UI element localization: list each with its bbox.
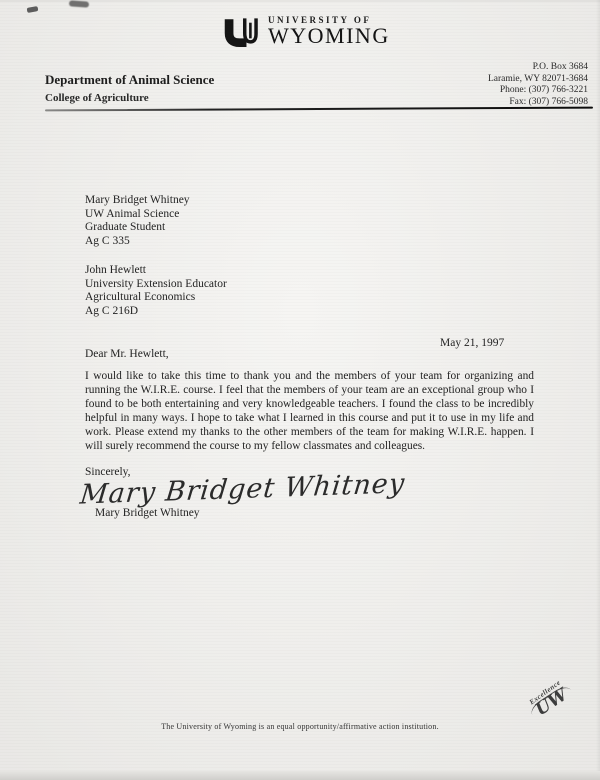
sender-room: Ag C 335 xyxy=(85,235,190,249)
scan-edge-top xyxy=(0,0,600,2)
sender-name: Mary Bridget Whitney xyxy=(85,194,190,208)
equal-opportunity-footer: The University of Wyoming is an equal op… xyxy=(0,722,600,731)
salutation: Dear Mr. Hewlett, xyxy=(85,348,169,360)
department-title: Department of Animal Science xyxy=(45,72,214,88)
university-logo: UNIVERSITY OF WYOMING xyxy=(223,15,390,53)
excellence-uw-stamp: Excellence UW xyxy=(519,673,582,726)
scan-artifact-mark xyxy=(27,6,39,13)
recipient-room: Ag C 216D xyxy=(85,305,227,319)
letter-date: May 21, 1997 xyxy=(440,337,504,349)
recipient-dept: Agricultural Economics xyxy=(85,291,227,305)
recipient-role: University Extension Educator xyxy=(85,278,227,292)
contact-phone: Phone: (307) 766-3221 xyxy=(488,85,588,97)
typed-signature-name: Mary Bridget Whitney xyxy=(95,507,200,519)
scanned-letter-page: UNIVERSITY OF WYOMING Department of Anim… xyxy=(0,0,600,780)
letterhead-divider-rule xyxy=(45,107,593,112)
recipient-address-block: John Hewlett University Extension Educat… xyxy=(85,264,227,318)
scan-edge-right xyxy=(596,0,600,780)
logo-wyoming-text: WYOMING xyxy=(268,25,390,47)
sender-org: UW Animal Science xyxy=(85,208,190,222)
uw-monogram-icon xyxy=(223,15,263,53)
recipient-name: John Hewlett xyxy=(85,264,227,278)
letter-body-paragraph: I would like to take this time to thank … xyxy=(85,370,534,453)
logo-wordmark: UNIVERSITY OF WYOMING xyxy=(268,15,390,47)
contact-po-box: P.O. Box 3684 xyxy=(488,62,588,74)
sender-address-block: Mary Bridget Whitney UW Animal Science G… xyxy=(85,194,190,248)
contact-block: P.O. Box 3684 Laramie, WY 82071-3684 Pho… xyxy=(488,62,588,108)
contact-city: Laramie, WY 82071-3684 xyxy=(488,74,588,86)
scan-edge-bottom xyxy=(0,771,600,780)
college-title: College of Agriculture xyxy=(45,92,149,104)
sender-role: Graduate Student xyxy=(85,221,190,235)
closing: Sincerely, xyxy=(85,466,131,478)
